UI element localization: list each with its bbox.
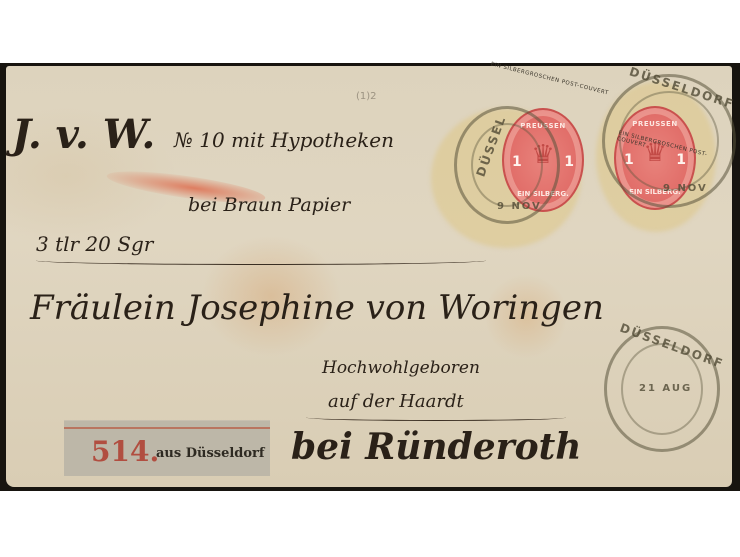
- postmark-1: DÜSSEL 9 NOV: [454, 106, 560, 224]
- destination-town: bei Ründeroth: [291, 426, 581, 468]
- label-red-rule: [64, 427, 270, 429]
- handwritten-line-6: auf der Haardt: [328, 391, 464, 412]
- underline-flourish: [36, 256, 486, 265]
- indicia-band-text: EIN SILBERGROSCHEN POST-COUVERT: [490, 61, 609, 96]
- registration-origin: aus Düsseldorf: [156, 446, 265, 461]
- handwritten-line-5: Hochwohlgeboren: [322, 358, 480, 378]
- underline-flourish-2: [306, 414, 566, 421]
- registration-label: 514. aus Düsseldorf: [64, 420, 270, 476]
- pencil-note: (1)2: [356, 91, 377, 102]
- addressee-name: Fräulein Josephine von Woringen: [30, 288, 604, 328]
- registration-number: 514.: [91, 435, 159, 468]
- handwritten-line-2: bei Braun Papier: [188, 194, 350, 216]
- handwritten-line-1: № 10 mit Hypotheken: [174, 128, 394, 152]
- handwritten-line-3: 3 tlr 20 Sgr: [36, 232, 153, 256]
- sender-initials: J. v. W.: [12, 111, 155, 158]
- postmark-3: DÜSSELDORF 21 AUG: [604, 326, 720, 452]
- postmark-2: DÜSSELDORF 9 NOV: [602, 74, 736, 208]
